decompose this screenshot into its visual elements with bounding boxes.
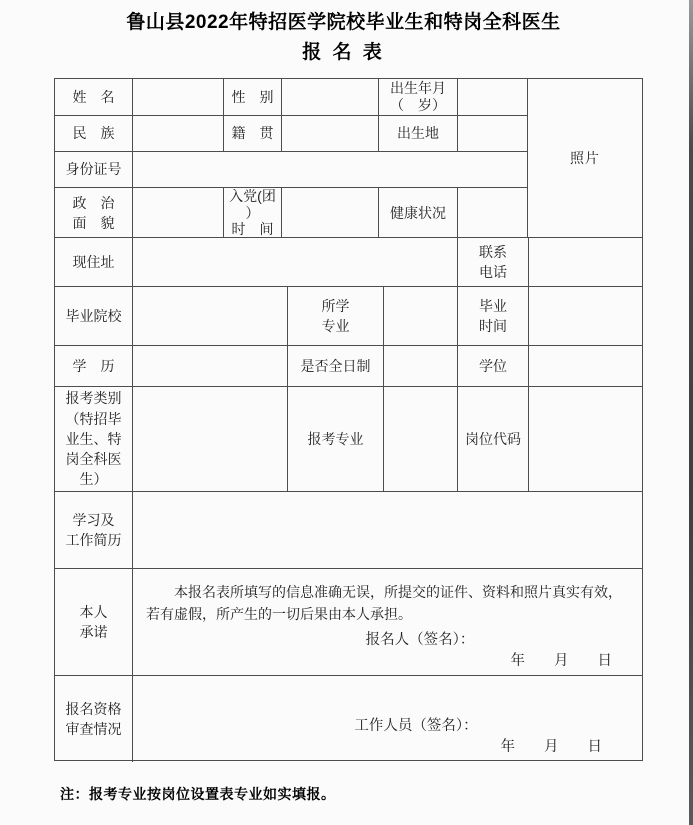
major-studied-value-cell <box>384 287 458 345</box>
name-value-cell <box>133 79 224 115</box>
id-number-label: 身份证号 <box>55 152 133 187</box>
major-studied-label: 所学 专业 <box>288 287 384 345</box>
name-label: 姓 名 <box>55 79 133 115</box>
native-place-label: 籍 贯 <box>224 116 282 151</box>
row-resume: 学习及 工作简历 <box>55 492 642 569</box>
row-qualification-review: 报名资格 审查情况 工作人员（签名）： 年 月 日 <box>55 676 642 762</box>
apply-major-value-cell <box>384 387 458 491</box>
post-code-label: 岗位代码 <box>458 387 529 491</box>
footer-note: 注：报考专业按岗位设置表专业如实填报。 <box>60 784 336 804</box>
row-name-gender-birth: 姓 名 性 别 出生年月 （ 岁） <box>55 79 527 116</box>
birthplace-value-cell <box>458 116 527 151</box>
resume-label: 学习及 工作简历 <box>55 492 133 568</box>
commitment-content-cell: 本报名表所填写的信息准确无误，所提交的证件、资料和照片真实有效，若有虚假，所产生… <box>133 569 642 675</box>
gender-value-cell <box>282 79 379 115</box>
political-status-value-cell <box>133 188 224 238</box>
ethnicity-label: 民 族 <box>55 116 133 151</box>
school-value-cell <box>133 287 288 345</box>
scan-edge-artifact <box>689 0 693 825</box>
graduation-time-value-cell <box>529 287 642 345</box>
review-date-line: 年 月 日 <box>501 735 631 759</box>
row-commitment: 本人 承诺 本报名表所填写的信息准确无误，所提交的证件、资料和照片真实有效，若有… <box>55 569 642 676</box>
birthdate-label: 出生年月 （ 岁） <box>379 79 458 115</box>
photo-placeholder-cell: 照片 <box>528 79 642 237</box>
review-content-cell: 工作人员（签名）： 年 月 日 <box>133 676 642 762</box>
education-label: 学 历 <box>55 346 133 386</box>
full-time-value-cell <box>384 346 458 386</box>
apply-category-value-cell <box>133 387 288 491</box>
row-school-major-gradtime: 毕业院校 所学 专业 毕业 时间 <box>55 287 642 346</box>
row-category-major-postcode: 报考类别 （特招毕 业生、特 岗全科医 生） 报考专业 岗位代码 <box>55 387 642 492</box>
native-place-value-cell <box>282 116 379 151</box>
party-join-time-label: 入党(团 ） 时 间 <box>224 188 282 238</box>
address-value-cell <box>133 238 458 286</box>
row-id-number: 身份证号 <box>55 152 527 188</box>
apply-major-label: 报考专业 <box>288 387 384 491</box>
degree-label: 学位 <box>458 346 529 386</box>
form-title: 鲁山县2022年特招医学院校毕业生和特岗全科医生 报 名 表 <box>0 8 687 67</box>
row-ethnicity-nativeplace-birthplace: 民 族 籍 贯 出生地 <box>55 116 527 152</box>
commitment-date-line: 年 月 日 <box>511 649 631 675</box>
registration-form-table: 姓 名 性 别 出生年月 （ 岁） 民 族 籍 贯 出生地 身份证号 <box>54 78 643 761</box>
id-number-value-cell <box>133 152 527 187</box>
full-time-label: 是否全日制 <box>288 346 384 386</box>
row-address-phone: 现住址 联系 电话 <box>55 238 642 287</box>
personal-info-grid: 姓 名 性 别 出生年月 （ 岁） 民 族 籍 贯 出生地 身份证号 <box>55 79 528 237</box>
personal-info-section: 姓 名 性 别 出生年月 （ 岁） 民 族 籍 贯 出生地 身份证号 <box>55 79 642 238</box>
school-label: 毕业院校 <box>55 287 133 345</box>
degree-value-cell <box>529 346 642 386</box>
education-value-cell <box>133 346 288 386</box>
row-education-fulltime-degree: 学 历 是否全日制 学位 <box>55 346 642 387</box>
ethnicity-value-cell <box>133 116 224 151</box>
graduation-time-label: 毕业 时间 <box>458 287 529 345</box>
resume-value-cell <box>133 492 642 568</box>
birthplace-label: 出生地 <box>379 116 458 151</box>
registration-form-page: 鲁山县2022年特招医学院校毕业生和特岗全科医生 报 名 表 姓 名 性 别 出… <box>0 0 693 825</box>
health-value-cell <box>458 188 527 238</box>
commitment-label: 本人 承诺 <box>55 569 133 675</box>
form-title-line1: 鲁山县2022年特招医学院校毕业生和特岗全科医生 <box>0 8 687 38</box>
birthdate-value-cell <box>458 79 527 115</box>
form-title-line2: 报 名 表 <box>0 38 687 67</box>
address-label: 现住址 <box>55 238 133 286</box>
commitment-pledge-text: 本报名表所填写的信息准确无误，所提交的证件、资料和照片真实有效，若有虚假，所产生… <box>146 581 630 625</box>
post-code-value-cell <box>529 387 642 491</box>
applicant-signature-label: 报名人（签名）： <box>366 628 475 649</box>
health-label: 健康状况 <box>379 188 458 238</box>
review-label: 报名资格 审查情况 <box>55 676 133 762</box>
party-join-time-value-cell <box>282 188 379 238</box>
phone-label: 联系 电话 <box>458 238 529 286</box>
row-political-party-health: 政 治 面 貌 入党(团 ） 时 间 健康状况 <box>55 188 527 238</box>
gender-label: 性 别 <box>224 79 282 115</box>
political-status-label: 政 治 面 貌 <box>55 188 133 238</box>
phone-value-cell <box>529 238 642 286</box>
apply-category-label: 报考类别 （特招毕 业生、特 岗全科医 生） <box>55 387 133 491</box>
staff-signature-label: 工作人员（签名）： <box>354 714 477 735</box>
